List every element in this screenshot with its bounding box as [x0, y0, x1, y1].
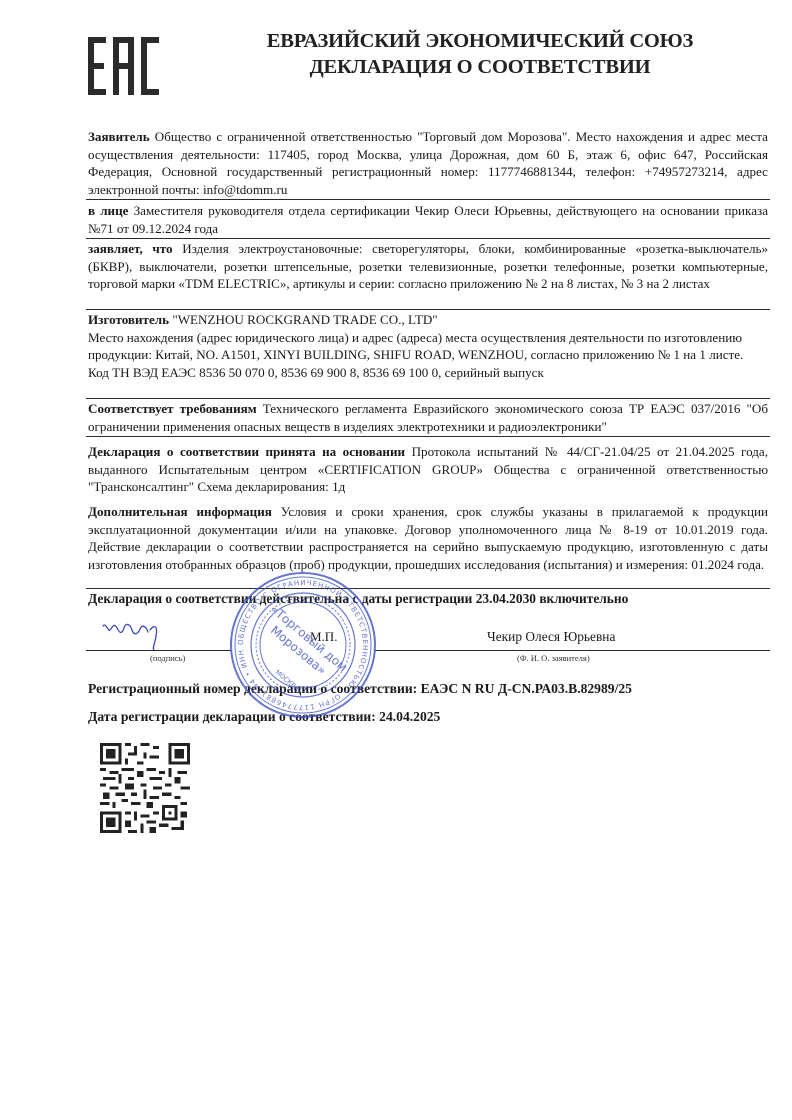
basis-section: Декларация о соответствии принята на осн…: [88, 443, 768, 496]
divider: [86, 588, 770, 589]
union-title: ЕВРАЗИЙСКИЙ ЭКОНОМИЧЕСКИЙ СОЮЗ: [200, 28, 760, 54]
applicant-label: Заявитель: [88, 129, 150, 144]
registration-date-value: 24.04.2025: [379, 709, 440, 724]
signature-caption: (подпись): [150, 653, 185, 663]
represented-by-text: Заместителя руководителя отдела сертифик…: [88, 203, 768, 236]
name-caption: (Ф. И. О. заявителя): [517, 653, 590, 663]
divider: [86, 398, 770, 399]
represented-by-label: в лице: [88, 203, 128, 218]
validity-statement: Декларация о соответствии действительна …: [88, 590, 768, 608]
registration-number-value: ЕАЭС N RU Д-CN.РА03.В.82989/25: [421, 681, 632, 696]
company-stamp-icon: ОБЩЕСТВО С ОГРАНИЧЕННОЙ ОТВЕТСТВЕННОСТЬЮ…: [228, 570, 378, 720]
document-header: ЕВРАЗИЙСКИЙ ЭКОНОМИЧЕСКИЙ СОЮЗ ДЕКЛАРАЦИ…: [200, 28, 760, 80]
hs-codes: Код ТН ВЭД ЕАЭС 8536 50 070 0, 8536 69 9…: [88, 364, 768, 382]
additional-info-label: Дополнительная информация: [88, 504, 272, 519]
divider: [86, 199, 770, 200]
eac-logo: [88, 37, 160, 95]
signature-line: [86, 650, 231, 651]
manufacturer-section: Изготовитель "WENZHOU ROCKGRAND TRADE CO…: [88, 311, 768, 381]
represented-by-section: в лице Заместителя руководителя отдела с…: [88, 202, 768, 237]
manufacturer-label: Изготовитель: [88, 312, 169, 327]
handwritten-signature-icon: [100, 618, 180, 652]
manufacturer-name: "WENZHOU ROCKGRAND TRADE CO., LTD": [172, 312, 437, 327]
declares-section: заявляет, что Изделия электроустановочны…: [88, 240, 768, 293]
applicant-section: Заявитель Общество с ограниченной ответс…: [88, 128, 768, 198]
manufacturer-address: Место нахождения (адрес юридического лиц…: [88, 329, 768, 364]
additional-info-section: Дополнительная информация Условия и срок…: [88, 503, 768, 573]
eac-mark-icon: [88, 37, 160, 95]
name-line: [375, 650, 770, 651]
applicant-name: Чекир Олеся Юрьевна: [487, 629, 615, 645]
complies-label: Соответствует требованиям: [88, 401, 257, 416]
declares-label: заявляет, что: [88, 241, 173, 256]
divider: [86, 436, 770, 437]
applicant-text: Общество с ограниченной ответственностью…: [88, 129, 768, 197]
divider: [86, 238, 770, 239]
complies-section: Соответствует требованиям Технического р…: [88, 400, 768, 435]
divider: [86, 309, 770, 310]
basis-label: Декларация о соответствии принята на осн…: [88, 444, 405, 459]
document-title: ДЕКЛАРАЦИЯ О СООТВЕТСТВИИ: [200, 54, 760, 80]
declares-text: Изделия электроустановочные: светорегуля…: [88, 241, 768, 291]
qr-code-icon[interactable]: [100, 743, 190, 833]
